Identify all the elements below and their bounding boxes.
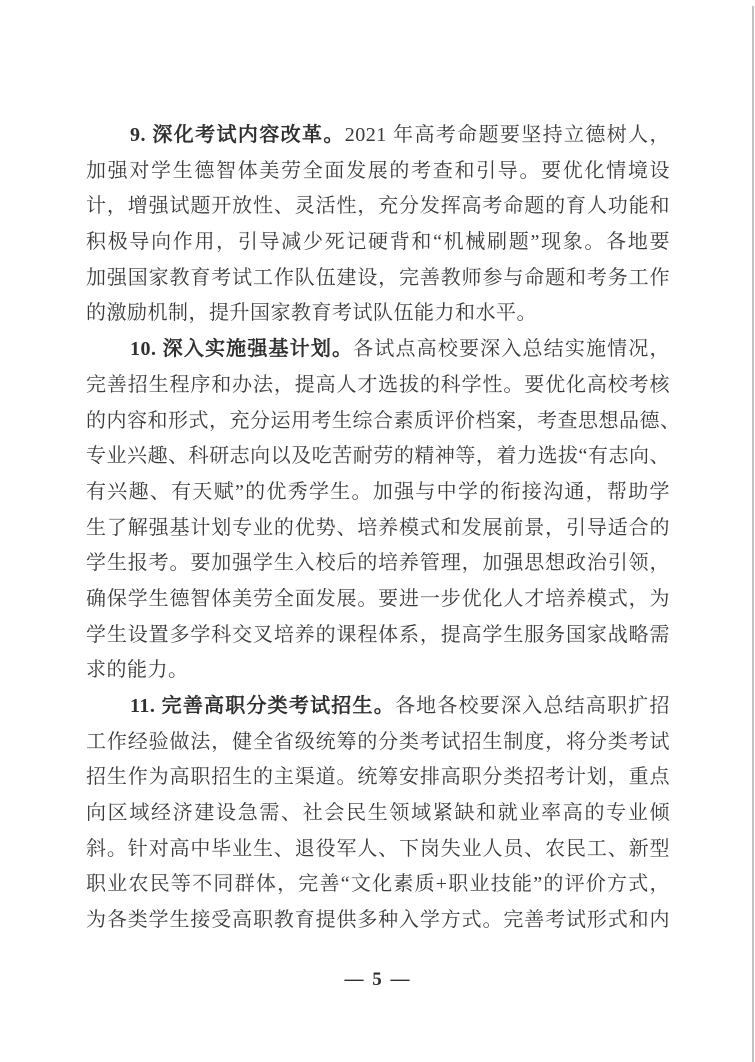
text-line: 加强国家教育考试工作队伍建设，完善教师参与命题和考务工作 (86, 261, 670, 297)
text-line: 的激励机制，提升国家教育考试队伍能力和水平。 (86, 296, 670, 332)
text-line: 为各类学生接受高职教育提供多种入学方式。完善考试形式和内 (86, 903, 670, 939)
text-line: 9. 深化考试内容改革。2021 年高考命题要坚持立德树人， (86, 118, 670, 154)
text-line: 工作经验做法，健全省级统筹的分类考试招生制度，将分类考试 (86, 725, 670, 761)
text-line: 生了解强基计划专业的优势、培养模式和发展前景，引导适合的 (86, 511, 670, 547)
text-line: 求的能力。 (86, 653, 670, 689)
text-line: 学生报考。要加强学生入校后的培养管理，加强思想政治引领， (86, 546, 670, 582)
paragraph-heading: 10. 深入实施强基计划。 (130, 338, 353, 360)
text-line: 斜。针对高中毕业生、退役军人、下岗失业人员、农民工、新型 (86, 832, 670, 868)
text-line: 有兴趣、有天赋”的优秀学生。加强与中学的衔接沟通，帮助学 (86, 475, 670, 511)
text-line: 完善招生程序和办法，提高人才选拔的科学性。要优化高校考核 (86, 368, 670, 404)
text-line: 的内容和形式，充分运用考生综合素质评价档案，考查思想品德、 (86, 404, 670, 440)
document-page: 9. 深化考试内容改革。2021 年高考命题要坚持立德树人，加强对学生德智体美劳… (0, 0, 755, 1062)
text-line: 11. 完善高职分类考试招生。各地各校要深入总结高职扩招 (86, 689, 670, 725)
text-line: 积极导向作用，引导减少死记硬背和“机械刷题”现象。各地要 (86, 225, 670, 261)
paragraph-heading: 11. 完善高职分类考试招生。 (130, 695, 395, 717)
text-line: 加强对学生德智体美劳全面发展的考查和引导。要优化情境设 (86, 154, 670, 190)
text-line: 10. 深入实施强基计划。各试点高校要深入总结实施情况， (86, 332, 670, 368)
page-edge-line (752, 6, 754, 1062)
text-line: 向区域经济建设急需、社会民生领域紧缺和就业率高的专业倾 (86, 796, 670, 832)
text-line: 职业农民等不同群体，完善“文化素质+职业技能”的评价方式， (86, 867, 670, 903)
text-line: 计，增强试题开放性、灵活性，充分发挥高考命题的育人功能和 (86, 189, 670, 225)
text-line: 学生设置多学科交叉培养的课程体系，提高学生服务国家战略需 (86, 618, 670, 654)
paragraph-heading: 9. 深化考试内容改革。 (130, 124, 345, 146)
text-line: 招生作为高职招生的主渠道。统筹安排高职分类招考计划，重点 (86, 760, 670, 796)
text-line: 专业兴趣、科研志向以及吃苦耐劳的精神等，着力选拔“有志向、 (86, 439, 670, 475)
document-body: 9. 深化考试内容改革。2021 年高考命题要坚持立德树人，加强对学生德智体美劳… (86, 118, 670, 939)
page-number: — 5 — (86, 964, 670, 996)
text-line: 确保学生德智体美劳全面发展。要进一步优化人才培养模式，为 (86, 582, 670, 618)
